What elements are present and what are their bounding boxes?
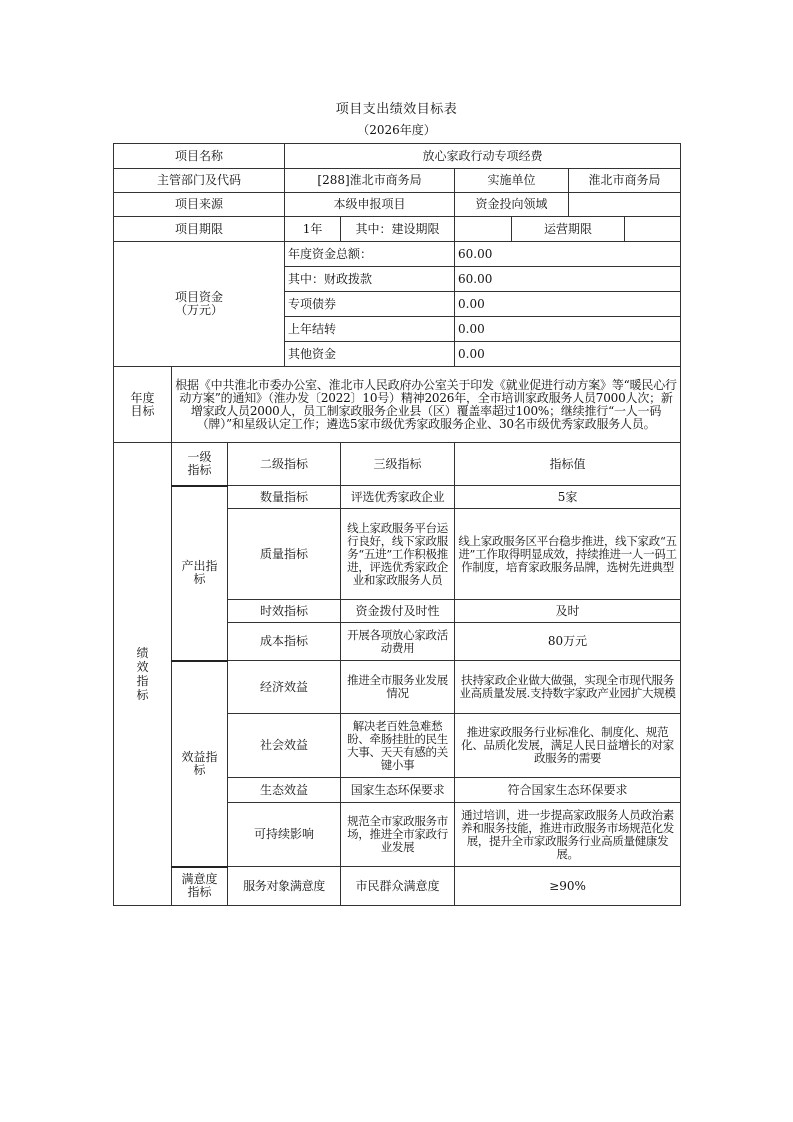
project-name-value: 放心家政行动专项经费 [285,144,681,169]
construction-period-value [455,217,512,242]
funds-row-value: 60.00 [455,242,681,267]
header-level2: 二级指标 [228,443,341,486]
value-cell: ≥90% [455,867,681,906]
funds-row-value: 60.00 [455,267,681,292]
operation-period-label: 运营期限 [512,217,625,242]
funds-row-label: 其中：财政拨款 [285,267,455,292]
funds-row-value: 0.00 [455,292,681,317]
level3-cell: 资金拨付及时性 [341,600,455,623]
level3-cell: 解决老百姓急难愁盼、牵肠挂肚的民生大事、天天有感的关键小事 [341,714,455,778]
value-cell: 通过培训，进一步提高家政服务人员政治素养和服务技能，推进市政服务市场规范化发展，… [455,803,681,867]
row-annual-goal: 年度 目标 根据《中共淮北市委办公室、淮北市人民政府办公室关于印发《就业促进行动… [114,367,681,443]
indicator-row: 满意度 指标 服务对象满意度 市民群众满意度 ≥90% [114,867,681,906]
performance-section-label: 绩效指标 [114,443,172,906]
level3-cell: 评选优秀家政企业 [341,486,455,509]
level2-cell: 经济效益 [228,661,341,714]
level1-benefit: 效益指 标 [172,661,228,867]
dept-value: [288]淮北市商务局 [285,169,455,193]
value-cell: 线上家政服务区平台稳步推进，线下家政“五进”工作取得明显成效，持续推进一人一码工… [455,509,681,600]
funds-label: 项目资金 （万元） [114,242,285,367]
level3-cell: 规范全市家政服务市场，推进全市家政行业发展 [341,803,455,867]
level3-cell: 国家生态环保要求 [341,778,455,803]
value-cell: 扶持家政企业做大做强，实现全市现代服务业高质量发展.支持数字家政产业园扩大规模 [455,661,681,714]
header-level1: 一级 指标 [172,443,228,486]
level2-cell: 生态效益 [228,778,341,803]
row-source: 项目来源 本级申报项目 资金投向领域 [114,193,681,217]
level1-output: 产出指 标 [172,486,228,661]
header-value: 指标值 [455,443,681,486]
level2-cell: 服务对象满意度 [228,867,341,906]
level2-cell: 质量指标 [228,509,341,600]
funds-row-value: 0.00 [455,342,681,367]
value-cell: 推进家政服务行业标准化、制度化、规范化、品质化发展，满足人民日益增长的对家政服务… [455,714,681,778]
document-year: （2026年度） [0,121,793,138]
header-level1-line1: 一级 [175,451,224,464]
level1-benefit-line2: 标 [175,764,224,777]
row-period: 项目期限 1年 其中：建设期限 运营期限 [114,217,681,242]
value-cell: 及时 [455,600,681,623]
level3-cell: 线上家政服务平台运行良好，线下家政服务“五进”工作积极推进，评选优秀家政企业和家… [341,509,455,600]
annual-goal-label-line2: 目标 [117,405,168,418]
annual-goal-text: 根据《中共淮北市委办公室、淮北市人民政府办公室关于印发《就业促进行动方案》等“暖… [172,367,681,443]
funds-row-label: 其他资金 [285,342,455,367]
level1-satisfaction: 满意度 指标 [172,867,228,906]
fund-direction-value [569,193,681,217]
funds-label-line2: （万元） [117,304,281,317]
level2-cell: 成本指标 [228,623,341,661]
level2-cell: 可持续影响 [228,803,341,867]
row-funds-total: 项目资金 （万元） 年度资金总额： 60.00 [114,242,681,267]
period-value: 1年 [285,217,341,242]
value-cell: 5家 [455,486,681,509]
source-value: 本级申报项目 [285,193,455,217]
value-cell: 符合国家生态环保要求 [455,778,681,803]
annual-goal-label: 年度 目标 [114,367,172,443]
period-label: 项目期限 [114,217,285,242]
row-project-name: 项目名称 放心家政行动专项经费 [114,144,681,169]
impl-unit-value: 淮北市商务局 [569,169,681,193]
funds-row-label: 专项债券 [285,292,455,317]
dept-label: 主管部门及代码 [114,169,285,193]
level1-satisfaction-line2: 指标 [175,886,224,899]
operation-period-value [625,217,681,242]
indicator-row: 产出指 标 数量指标 评选优秀家政企业 5家 [114,486,681,509]
level2-cell: 时效指标 [228,600,341,623]
funds-row-value: 0.00 [455,317,681,342]
annual-goal-label-line1: 年度 [117,392,168,405]
level3-cell: 市民群众满意度 [341,867,455,906]
level2-cell: 社会效益 [228,714,341,778]
row-department: 主管部门及代码 [288]淮北市商务局 实施单位 淮北市商务局 [114,169,681,193]
source-label: 项目来源 [114,193,285,217]
row-performance-header: 绩效指标 一级 指标 二级指标 三级指标 指标值 [114,443,681,486]
level3-cell: 推进全市服务业发展情况 [341,661,455,714]
construction-period-label: 其中：建设期限 [341,217,455,242]
performance-target-table: 项目名称 放心家政行动专项经费 主管部门及代码 [288]淮北市商务局 实施单位… [113,143,681,906]
level2-cell: 数量指标 [228,486,341,509]
fund-direction-label: 资金投向领域 [455,193,569,217]
indicator-row: 效益指 标 经济效益 推进全市服务业发展情况 扶持家政企业做大做强，实现全市现代… [114,661,681,714]
level1-output-line2: 标 [175,573,224,586]
level3-cell: 开展各项放心家政活动费用 [341,623,455,661]
project-name-label: 项目名称 [114,144,285,169]
funds-row-label: 上年结转 [285,317,455,342]
document-title: 项目支出绩效目标表 [0,98,793,117]
impl-unit-label: 实施单位 [455,169,569,193]
header-level1-line2: 指标 [175,464,224,477]
value-cell: 80万元 [455,623,681,661]
header-level3: 三级指标 [341,443,455,486]
performance-section-text: 绩效指标 [136,646,150,702]
funds-row-label: 年度资金总额： [285,242,455,267]
level1-benefit-line1: 效益指 [175,751,224,764]
